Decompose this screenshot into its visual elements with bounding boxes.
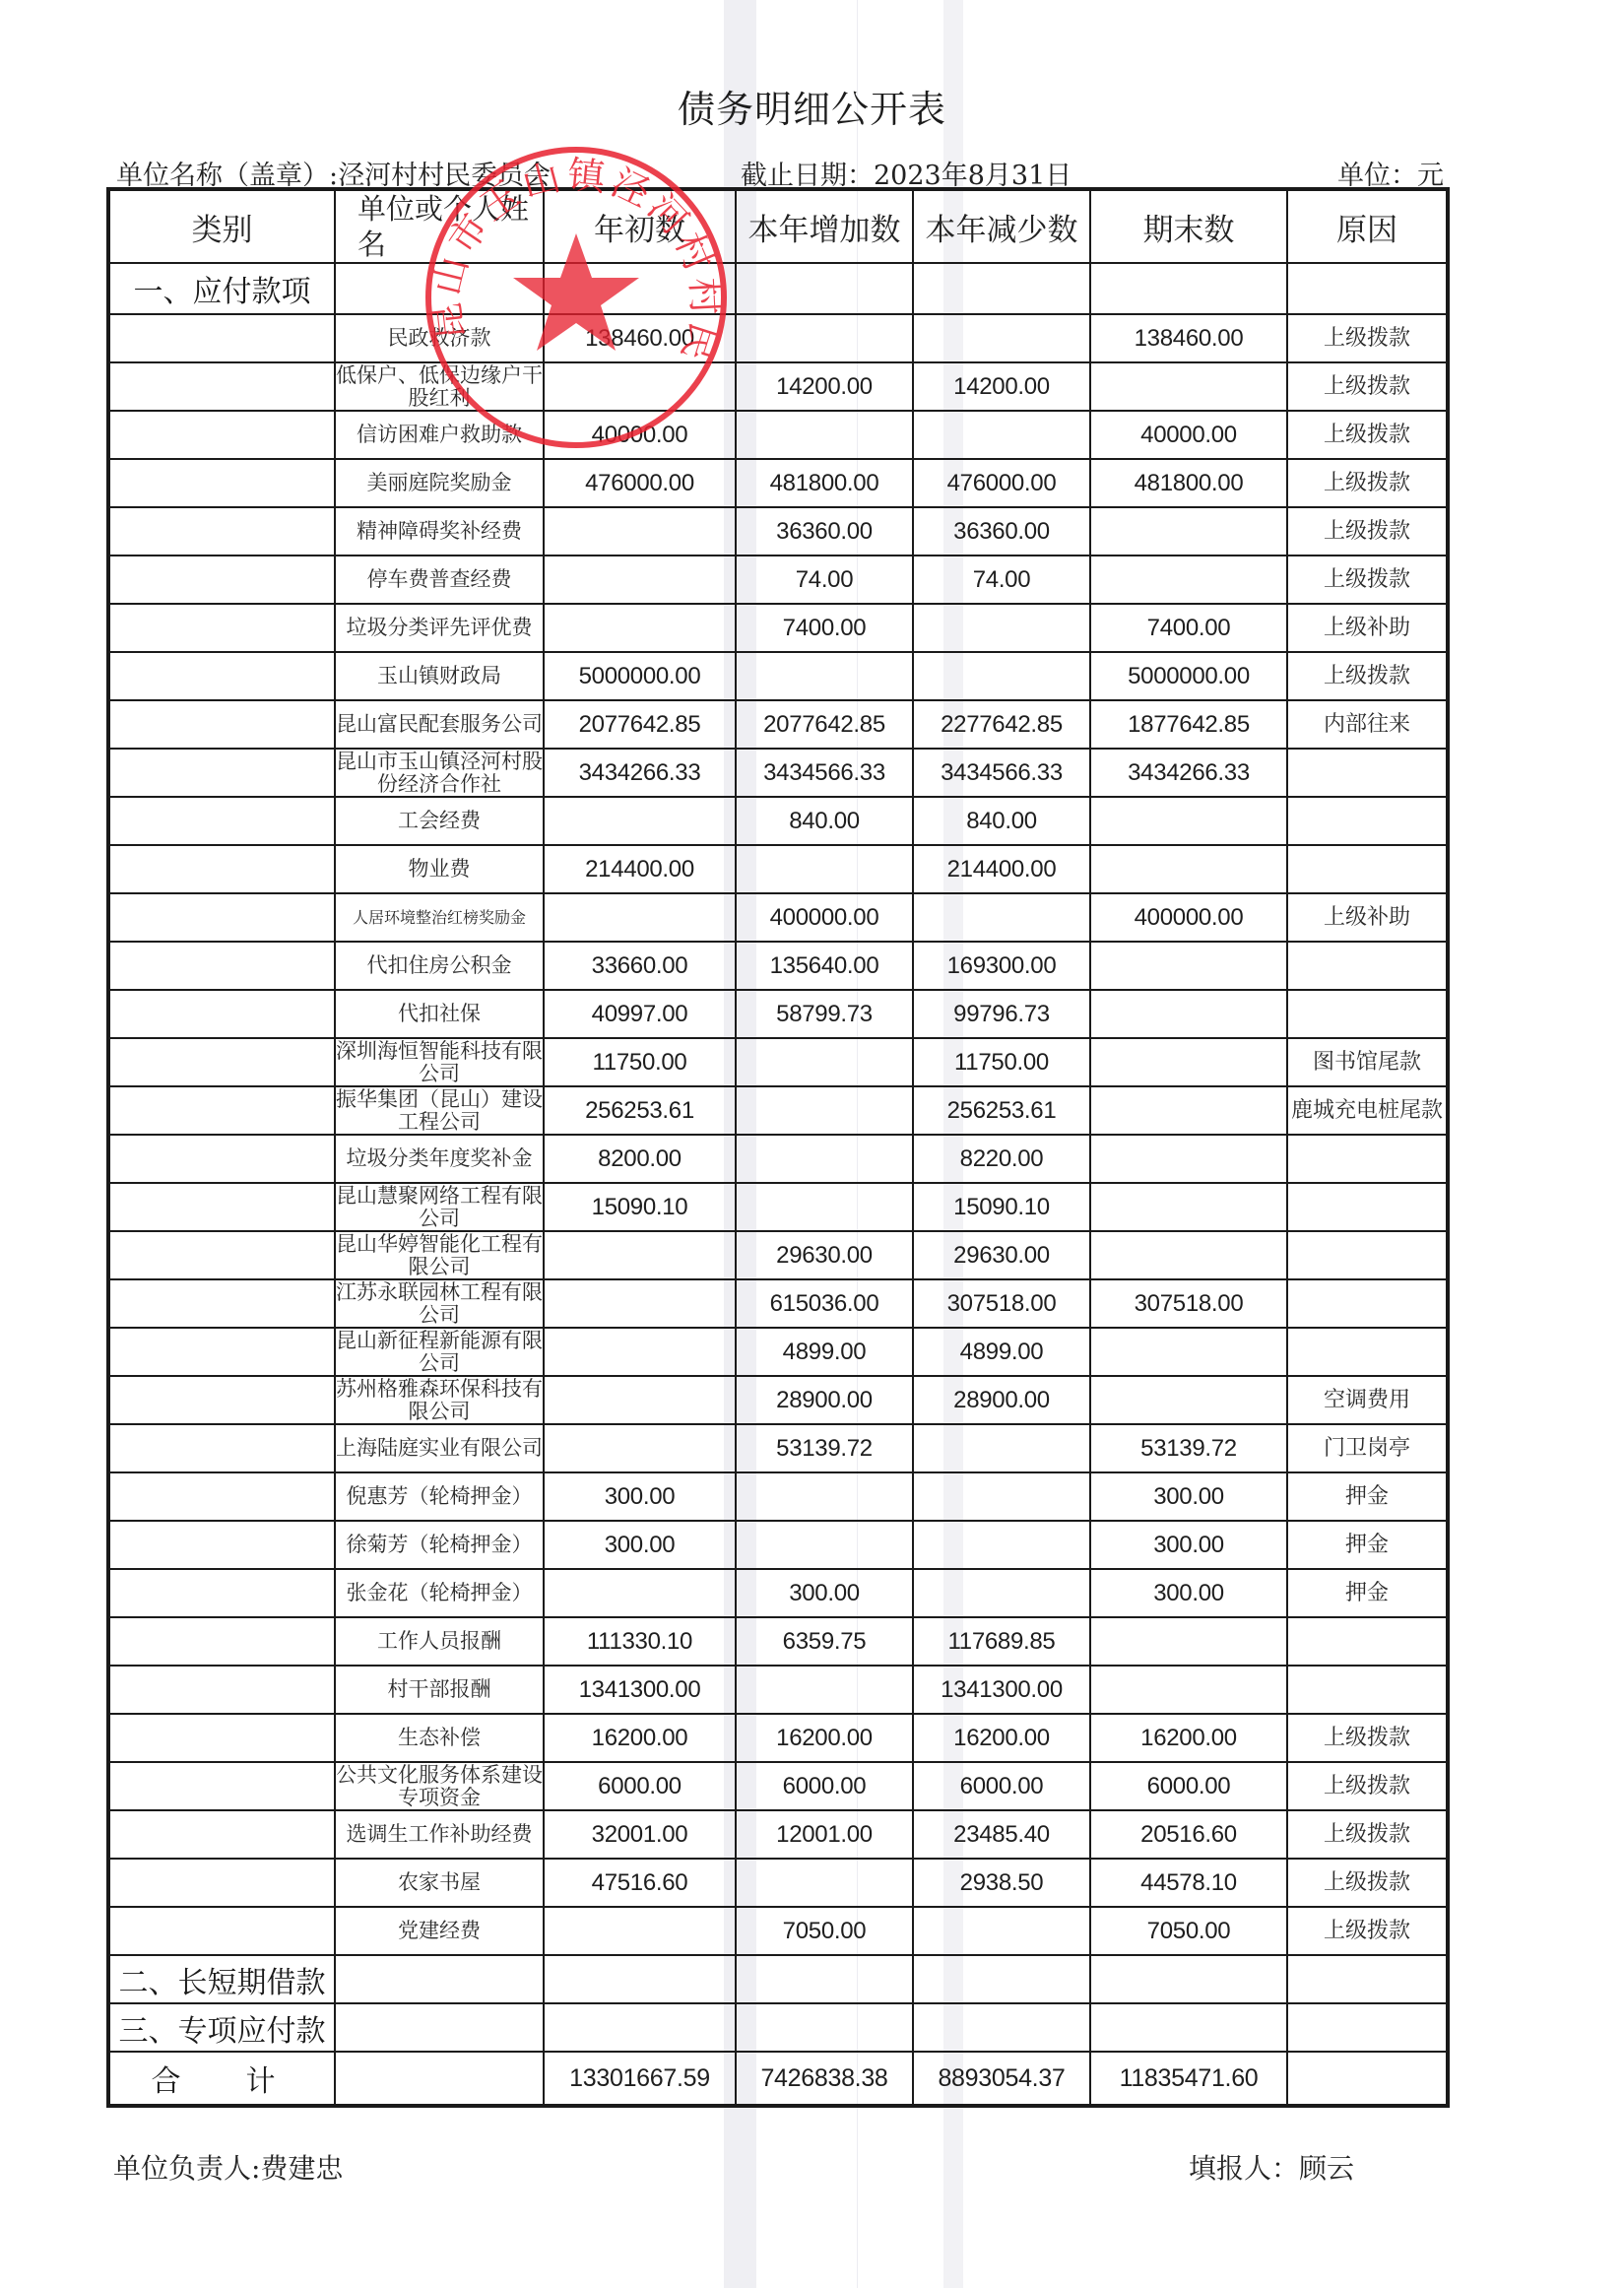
- reason: [1287, 1279, 1448, 1328]
- end-amount: 300.00: [1090, 1521, 1287, 1569]
- table-row: 代扣住房公积金33660.00135640.00169300.00: [108, 942, 1448, 990]
- reason: [1287, 749, 1448, 797]
- table-row: 昆山市玉山镇泾河村股份经济合作社3434266.333434566.333434…: [108, 749, 1448, 797]
- reason: 上级拨款: [1287, 459, 1448, 507]
- decrease-amount: 117689.85: [913, 1617, 1090, 1666]
- payee-name: 昆山新征程新能源有限公司: [335, 1328, 544, 1376]
- increase-amount: [736, 652, 913, 700]
- end-amount: 7400.00: [1090, 604, 1287, 652]
- begin-amount: 15090.10: [544, 1183, 736, 1231]
- table-row: 人居环境整治红榜奖励金400000.00400000.00上级补助: [108, 893, 1448, 942]
- category-cell: [108, 1859, 335, 1907]
- table-row: 昆山华婷智能化工程有限公司29630.0029630.00: [108, 1231, 1448, 1279]
- table-row: 苏州格雅森环保科技有限公司28900.0028900.00空调费用: [108, 1376, 1448, 1424]
- empty-cell: [544, 1955, 736, 2003]
- payee-name: 倪惠芳（轮椅押金）: [335, 1472, 544, 1521]
- table-row: 公共文化服务体系建设专项资金6000.006000.006000.006000.…: [108, 1762, 1448, 1810]
- table-row: 村干部报酬1341300.001341300.00: [108, 1666, 1448, 1714]
- page-title: 债务明细公开表: [0, 79, 1624, 133]
- increase-amount: [736, 1135, 913, 1183]
- payee-name: 垃圾分类年度奖补金: [335, 1135, 544, 1183]
- decrease-amount: 36360.00: [913, 507, 1090, 556]
- section-row-payables: 一、应付款项: [108, 263, 1448, 314]
- decrease-amount: 28900.00: [913, 1376, 1090, 1424]
- begin-amount: 11750.00: [544, 1038, 736, 1086]
- decrease-amount: 256253.61: [913, 1086, 1090, 1135]
- increase-amount: 53139.72: [736, 1424, 913, 1472]
- end-amount: [1090, 942, 1287, 990]
- begin-amount: 214400.00: [544, 845, 736, 893]
- reason: 上级拨款: [1287, 1859, 1448, 1907]
- reason: 鹿城充电桩尾款: [1287, 1086, 1448, 1135]
- empty-cell: [736, 1955, 913, 2003]
- table-row: 昆山新征程新能源有限公司4899.004899.00: [108, 1328, 1448, 1376]
- payee-name: 苏州格雅森环保科技有限公司: [335, 1376, 544, 1424]
- increase-amount: [736, 314, 913, 362]
- category-cell: [108, 604, 335, 652]
- table-row: 精神障碍奖补经费36360.0036360.00上级拨款: [108, 507, 1448, 556]
- category-cell: [108, 1135, 335, 1183]
- begin-amount: [544, 507, 736, 556]
- section-label: 二、长短期借款: [108, 1955, 335, 2003]
- header-decrease: 本年减少数: [913, 189, 1090, 263]
- table-row: 停车费普查经费74.0074.00上级拨款: [108, 556, 1448, 604]
- begin-amount: 16200.00: [544, 1714, 736, 1762]
- decrease-amount: 169300.00: [913, 942, 1090, 990]
- empty-cell: [736, 2003, 913, 2052]
- increase-amount: 29630.00: [736, 1231, 913, 1279]
- category-cell: [108, 1086, 335, 1135]
- increase-amount: 7400.00: [736, 604, 913, 652]
- payee-name: 深圳海恒智能科技有限公司: [335, 1038, 544, 1086]
- decrease-amount: 99796.73: [913, 990, 1090, 1038]
- reason: 门卫岗亭: [1287, 1424, 1448, 1472]
- decrease-amount: [913, 314, 1090, 362]
- table-row: 民政救济款138460.00138460.00上级拨款: [108, 314, 1448, 362]
- increase-amount: 6359.75: [736, 1617, 913, 1666]
- reason: 图书馆尾款: [1287, 1038, 1448, 1086]
- increase-amount: [736, 1183, 913, 1231]
- category-cell: [108, 1521, 335, 1569]
- table-row: 代扣社保40997.0058799.7399796.73: [108, 990, 1448, 1038]
- decrease-amount: 8220.00: [913, 1135, 1090, 1183]
- category-cell: [108, 700, 335, 749]
- section-row-special_payables: 三、专项应付款: [108, 2003, 1448, 2052]
- category-cell: [108, 1424, 335, 1472]
- decrease-amount: 23485.40: [913, 1810, 1090, 1859]
- payee-name: 精神障碍奖补经费: [335, 507, 544, 556]
- table-row: 倪惠芳（轮椅押金）300.00300.00押金: [108, 1472, 1448, 1521]
- payee-name: 人居环境整治红榜奖励金: [335, 893, 544, 942]
- reason: 内部往来: [1287, 700, 1448, 749]
- table-row: 徐菊芳（轮椅押金）300.00300.00押金: [108, 1521, 1448, 1569]
- increase-amount: 300.00: [736, 1569, 913, 1617]
- reason: [1287, 1135, 1448, 1183]
- category-cell: [108, 1810, 335, 1859]
- increase-amount: 615036.00: [736, 1279, 913, 1328]
- payee-name: 停车费普查经费: [335, 556, 544, 604]
- reason: 押金: [1287, 1521, 1448, 1569]
- payee-name: 昆山慧聚网络工程有限公司: [335, 1183, 544, 1231]
- increase-amount: [736, 1086, 913, 1135]
- begin-amount: [544, 1376, 736, 1424]
- payee-name: 民政救济款: [335, 314, 544, 362]
- decrease-amount: 14200.00: [913, 362, 1090, 411]
- increase-amount: [736, 1666, 913, 1714]
- end-amount: [1090, 1038, 1287, 1086]
- reason: 上级补助: [1287, 604, 1448, 652]
- increase-amount: 12001.00: [736, 1810, 913, 1859]
- end-amount: [1090, 1666, 1287, 1714]
- increase-amount: [736, 845, 913, 893]
- empty-cell: [913, 2003, 1090, 2052]
- table-header-row: 类别 单位或个人姓 名 年初数 本年增加数 本年减少数 期末数 原因: [108, 189, 1448, 263]
- decrease-amount: [913, 1472, 1090, 1521]
- decrease-amount: [913, 1424, 1090, 1472]
- reason: 上级拨款: [1287, 411, 1448, 459]
- table-row: 张金花（轮椅押金）300.00300.00押金: [108, 1569, 1448, 1617]
- category-cell: [108, 990, 335, 1038]
- total-decrease: 8893054.37: [913, 2052, 1090, 2106]
- increase-amount: 135640.00: [736, 942, 913, 990]
- total-label: 合 计: [108, 2052, 335, 2106]
- reason: 上级补助: [1287, 893, 1448, 942]
- reason: 上级拨款: [1287, 314, 1448, 362]
- reason: [1287, 990, 1448, 1038]
- header-category: 类别: [108, 189, 335, 263]
- decrease-amount: 6000.00: [913, 1762, 1090, 1810]
- table-row: 信访困难户救助款40000.0040000.00上级拨款: [108, 411, 1448, 459]
- decrease-amount: [913, 652, 1090, 700]
- category-cell: [108, 749, 335, 797]
- decrease-amount: 4899.00: [913, 1328, 1090, 1376]
- empty-cell: [1090, 1955, 1287, 2003]
- header-name: 单位或个人姓 名: [335, 189, 544, 263]
- decrease-amount: 29630.00: [913, 1231, 1090, 1279]
- reason: 空调费用: [1287, 1376, 1448, 1424]
- category-cell: [108, 1231, 335, 1279]
- increase-amount: 58799.73: [736, 990, 913, 1038]
- end-amount: 138460.00: [1090, 314, 1287, 362]
- payee-name: 上海陆庭实业有限公司: [335, 1424, 544, 1472]
- reason: [1287, 1231, 1448, 1279]
- category-cell: [108, 1666, 335, 1714]
- category-cell: [108, 411, 335, 459]
- begin-amount: [544, 1424, 736, 1472]
- begin-amount: [544, 1231, 736, 1279]
- category-cell: [108, 1617, 335, 1666]
- category-cell: [108, 1328, 335, 1376]
- category-cell: [108, 1907, 335, 1955]
- category-cell: [108, 1472, 335, 1521]
- section-label: 一、应付款项: [108, 263, 335, 314]
- reason: 押金: [1287, 1569, 1448, 1617]
- end-amount: [1090, 1328, 1287, 1376]
- increase-amount: 16200.00: [736, 1714, 913, 1762]
- increase-amount: [736, 411, 913, 459]
- table-row: 美丽庭院奖励金476000.00481800.00476000.00481800…: [108, 459, 1448, 507]
- category-cell: [108, 797, 335, 845]
- table-row: 垃圾分类年度奖补金8200.008220.00: [108, 1135, 1448, 1183]
- decrease-amount: 214400.00: [913, 845, 1090, 893]
- category-cell: [108, 893, 335, 942]
- reason: 押金: [1287, 1472, 1448, 1521]
- begin-amount: [544, 797, 736, 845]
- total-increase: 7426838.38: [736, 2052, 913, 2106]
- reason: 上级拨款: [1287, 362, 1448, 411]
- decrease-amount: 307518.00: [913, 1279, 1090, 1328]
- begin-amount: 40000.00: [544, 411, 736, 459]
- payee-name: 徐菊芳（轮椅押金）: [335, 1521, 544, 1569]
- decrease-amount: [913, 1569, 1090, 1617]
- table-row: 生态补偿16200.0016200.0016200.0016200.00上级拨款: [108, 1714, 1448, 1762]
- debt-detail-table: 类别 单位或个人姓 名 年初数 本年增加数 本年减少数 期末数 原因 一、应付款…: [106, 187, 1450, 2108]
- end-amount: 1877642.85: [1090, 700, 1287, 749]
- end-amount: 44578.10: [1090, 1859, 1287, 1907]
- decrease-amount: [913, 411, 1090, 459]
- begin-amount: 47516.60: [544, 1859, 736, 1907]
- begin-amount: 40997.00: [544, 990, 736, 1038]
- begin-amount: [544, 362, 736, 411]
- reason: [1287, 1617, 1448, 1666]
- end-amount: 20516.60: [1090, 1810, 1287, 1859]
- reason: 上级拨款: [1287, 1907, 1448, 1955]
- decrease-amount: [913, 1521, 1090, 1569]
- empty-cell: [1090, 2003, 1287, 2052]
- increase-amount: 28900.00: [736, 1376, 913, 1424]
- end-amount: [1090, 1617, 1287, 1666]
- end-amount: [1090, 556, 1287, 604]
- empty-cell: [335, 2052, 544, 2106]
- end-amount: 300.00: [1090, 1569, 1287, 1617]
- category-cell: [108, 652, 335, 700]
- total-begin: 13301667.59: [544, 2052, 736, 2106]
- increase-amount: 2077642.85: [736, 700, 913, 749]
- table-row: 昆山富民配套服务公司2077642.852077642.852277642.85…: [108, 700, 1448, 749]
- end-amount: 307518.00: [1090, 1279, 1287, 1328]
- empty-cell: [1287, 2003, 1448, 2052]
- increase-amount: 74.00: [736, 556, 913, 604]
- payee-name: 农家书屋: [335, 1859, 544, 1907]
- payee-name: 昆山市玉山镇泾河村股份经济合作社: [335, 749, 544, 797]
- decrease-amount: [913, 604, 1090, 652]
- begin-amount: 33660.00: [544, 942, 736, 990]
- decrease-amount: 476000.00: [913, 459, 1090, 507]
- end-amount: [1090, 1086, 1287, 1135]
- reason: [1287, 1328, 1448, 1376]
- begin-amount: [544, 1569, 736, 1617]
- increase-amount: 6000.00: [736, 1762, 913, 1810]
- decrease-amount: 840.00: [913, 797, 1090, 845]
- increase-amount: 481800.00: [736, 459, 913, 507]
- empty-cell: [1287, 2052, 1448, 2106]
- increase-amount: [736, 1472, 913, 1521]
- end-amount: [1090, 845, 1287, 893]
- table-row: 选调生工作补助经费32001.0012001.0023485.4020516.6…: [108, 1810, 1448, 1859]
- reason: [1287, 845, 1448, 893]
- begin-amount: 2077642.85: [544, 700, 736, 749]
- end-amount: 400000.00: [1090, 893, 1287, 942]
- total-end: 11835471.60: [1090, 2052, 1287, 2106]
- category-cell: [108, 459, 335, 507]
- decrease-amount: [913, 1907, 1090, 1955]
- increase-amount: [736, 1859, 913, 1907]
- begin-amount: [544, 604, 736, 652]
- table-row: 农家书屋47516.602938.5044578.10上级拨款: [108, 1859, 1448, 1907]
- table-row: 低保户、低保边缘户干股红利14200.0014200.00上级拨款: [108, 362, 1448, 411]
- end-amount: [1090, 1376, 1287, 1424]
- table-row: 振华集团（昆山）建设工程公司256253.61256253.61鹿城充电桩尾款: [108, 1086, 1448, 1135]
- begin-amount: 8200.00: [544, 1135, 736, 1183]
- table-row: 深圳海恒智能科技有限公司11750.0011750.00图书馆尾款: [108, 1038, 1448, 1086]
- begin-amount: 111330.10: [544, 1617, 736, 1666]
- begin-amount: 32001.00: [544, 1810, 736, 1859]
- category-cell: [108, 362, 335, 411]
- table-row: 党建经费7050.007050.00上级拨款: [108, 1907, 1448, 1955]
- category-cell: [108, 1569, 335, 1617]
- category-cell: [108, 1376, 335, 1424]
- header-increase: 本年增加数: [736, 189, 913, 263]
- end-amount: 6000.00: [1090, 1762, 1287, 1810]
- decrease-amount: 16200.00: [913, 1714, 1090, 1762]
- payee-name: 江苏永联园林工程有限公司: [335, 1279, 544, 1328]
- header-reason: 原因: [1287, 189, 1448, 263]
- end-amount: [1090, 990, 1287, 1038]
- reason: 上级拨款: [1287, 1810, 1448, 1859]
- decrease-amount: 15090.10: [913, 1183, 1090, 1231]
- end-amount: 40000.00: [1090, 411, 1287, 459]
- payee-name: 物业费: [335, 845, 544, 893]
- end-amount: [1090, 1183, 1287, 1231]
- end-amount: 481800.00: [1090, 459, 1287, 507]
- section-label: 三、专项应付款: [108, 2003, 335, 2052]
- increase-amount: 4899.00: [736, 1328, 913, 1376]
- begin-amount: 300.00: [544, 1521, 736, 1569]
- reason: 上级拨款: [1287, 1762, 1448, 1810]
- begin-amount: [544, 1328, 736, 1376]
- end-amount: 53139.72: [1090, 1424, 1287, 1472]
- category-cell: [108, 845, 335, 893]
- increase-amount: 7050.00: [736, 1907, 913, 1955]
- begin-amount: [544, 556, 736, 604]
- payee-name: 生态补偿: [335, 1714, 544, 1762]
- payee-name: 信访困难户救助款: [335, 411, 544, 459]
- begin-amount: 6000.00: [544, 1762, 736, 1810]
- decrease-amount: 2938.50: [913, 1859, 1090, 1907]
- table-row: 垃圾分类评先评优费7400.007400.00上级补助: [108, 604, 1448, 652]
- empty-cell: [544, 2003, 736, 2052]
- header-end: 期末数: [1090, 189, 1287, 263]
- reason: 上级拨款: [1287, 1714, 1448, 1762]
- increase-amount: 840.00: [736, 797, 913, 845]
- payee-name: 村干部报酬: [335, 1666, 544, 1714]
- increase-amount: [736, 1521, 913, 1569]
- end-amount: 7050.00: [1090, 1907, 1287, 1955]
- decrease-amount: 3434566.33: [913, 749, 1090, 797]
- begin-amount: [544, 1907, 736, 1955]
- payee-name: 张金花（轮椅押金）: [335, 1569, 544, 1617]
- reason: [1287, 942, 1448, 990]
- decrease-amount: 2277642.85: [913, 700, 1090, 749]
- category-cell: [108, 314, 335, 362]
- begin-amount: 138460.00: [544, 314, 736, 362]
- payee-name: 工会经费: [335, 797, 544, 845]
- payee-name: 代扣住房公积金: [335, 942, 544, 990]
- end-amount: [1090, 797, 1287, 845]
- end-amount: 300.00: [1090, 1472, 1287, 1521]
- table-row: 玉山镇财政局5000000.005000000.00上级拨款: [108, 652, 1448, 700]
- category-cell: [108, 507, 335, 556]
- empty-cell: [913, 1955, 1090, 2003]
- end-amount: 5000000.00: [1090, 652, 1287, 700]
- reason: [1287, 797, 1448, 845]
- increase-amount: [736, 1038, 913, 1086]
- increase-amount: 36360.00: [736, 507, 913, 556]
- payee-name: 党建经费: [335, 1907, 544, 1955]
- table-row: 工会经费840.00840.00: [108, 797, 1448, 845]
- begin-amount: 1341300.00: [544, 1666, 736, 1714]
- payee-name: 振华集团（昆山）建设工程公司: [335, 1086, 544, 1135]
- begin-amount: [544, 893, 736, 942]
- payee-name: 美丽庭院奖励金: [335, 459, 544, 507]
- table-row: 物业费214400.00214400.00: [108, 845, 1448, 893]
- begin-amount: 476000.00: [544, 459, 736, 507]
- begin-amount: 300.00: [544, 1472, 736, 1521]
- reason: 上级拨款: [1287, 556, 1448, 604]
- section-row-loans: 二、长短期借款: [108, 1955, 1448, 2003]
- category-cell: [108, 556, 335, 604]
- category-cell: [108, 1762, 335, 1810]
- begin-amount: [544, 1279, 736, 1328]
- begin-amount: 5000000.00: [544, 652, 736, 700]
- empty-cell: [335, 2003, 544, 2052]
- reason: 上级拨款: [1287, 507, 1448, 556]
- end-amount: [1090, 1135, 1287, 1183]
- begin-amount: 3434266.33: [544, 749, 736, 797]
- begin-amount: 256253.61: [544, 1086, 736, 1135]
- empty-cell: [335, 1955, 544, 2003]
- end-amount: 3434266.33: [1090, 749, 1287, 797]
- category-cell: [108, 1183, 335, 1231]
- reason: 上级拨款: [1287, 652, 1448, 700]
- category-cell: [108, 1714, 335, 1762]
- end-amount: [1090, 362, 1287, 411]
- end-amount: [1090, 507, 1287, 556]
- payee-name: 昆山富民配套服务公司: [335, 700, 544, 749]
- table-row: 江苏永联园林工程有限公司615036.00307518.00307518.00: [108, 1279, 1448, 1328]
- header-begin: 年初数: [544, 189, 736, 263]
- table-row: 工作人员报酬111330.106359.75117689.85: [108, 1617, 1448, 1666]
- payee-name: 工作人员报酬: [335, 1617, 544, 1666]
- category-cell: [108, 1038, 335, 1086]
- reason: [1287, 1666, 1448, 1714]
- empty-cell: [1287, 1955, 1448, 2003]
- category-cell: [108, 1279, 335, 1328]
- decrease-amount: 74.00: [913, 556, 1090, 604]
- reason: [1287, 1183, 1448, 1231]
- increase-amount: 3434566.33: [736, 749, 913, 797]
- payee-name: 代扣社保: [335, 990, 544, 1038]
- decrease-amount: 1341300.00: [913, 1666, 1090, 1714]
- payee-name: 低保户、低保边缘户干股红利: [335, 362, 544, 411]
- table-row: 昆山慧聚网络工程有限公司15090.1015090.10: [108, 1183, 1448, 1231]
- table-row: 上海陆庭实业有限公司53139.7253139.72门卫岗亭: [108, 1424, 1448, 1472]
- category-cell: [108, 942, 335, 990]
- preparer: 填报人：顾云: [1189, 2147, 1354, 2187]
- end-amount: [1090, 1231, 1287, 1279]
- total-row: 合 计13301667.597426838.388893054.37118354…: [108, 2052, 1448, 2106]
- payee-name: 选调生工作补助经费: [335, 1810, 544, 1859]
